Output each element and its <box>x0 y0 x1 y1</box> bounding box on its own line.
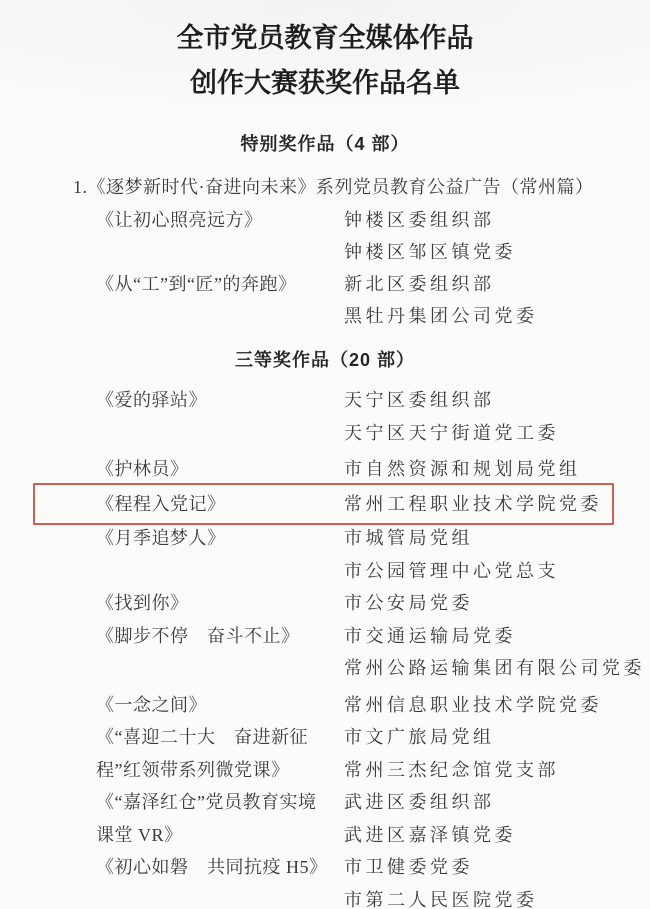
section-heading-third-prize: 三等奖作品（20 部） <box>0 348 650 372</box>
org-name: 常州工程职业技术学院党委 <box>344 488 650 521</box>
work-title-cell: 《找到你》 <box>96 587 344 620</box>
work-title-cell: 《一念之间》 <box>96 689 344 722</box>
org-cell: 市自然资源和规划局党组 <box>344 453 650 486</box>
org-name: 新北区委组织部 <box>344 268 650 300</box>
org-cell: 天宁区委组织部 天宁区天宁街道党工委 <box>344 384 650 449</box>
document-page: 全市党员教育全媒体作品 创作大赛获奖作品名单 特别奖作品（4 部） 1.《逐梦新… <box>0 0 650 909</box>
org-cell: 武进区委组织部 武进区嘉泽镇党委 <box>344 786 650 851</box>
work-title-cell: 《脚步不停 奋斗不止》 <box>96 620 344 685</box>
org-cell: 新北区委组织部 黑牡丹集团公司党委 <box>344 268 650 332</box>
org-cell: 市卫健委党委 市第二人民医院党委 <box>344 851 650 909</box>
award-entry: 《“嘉泽红仓”党员教育实境 课堂 VR》 武进区委组织部 武进区嘉泽镇党委 <box>0 786 650 851</box>
work-title: 《一念之间》 <box>96 689 344 722</box>
org-name: 天宁区天宁街道党工委 <box>344 417 650 450</box>
org-name: 市城管局党组 <box>344 522 650 555</box>
award-entry: 《“喜迎二十大 奋进新征 程”红领带系列微党课》 市文广旅局党组 常州三杰纪念馆… <box>0 721 650 786</box>
award-entry: 《初心如磐 共同抗疫 H5》 市卫健委党委 市第二人民医院党委 <box>0 851 650 909</box>
org-name: 天宁区委组织部 <box>344 384 650 417</box>
work-title-cell: 《程程入党记》 <box>96 488 344 521</box>
work-title: 《“喜迎二十大 奋进新征 <box>96 721 344 754</box>
org-name: 武进区嘉泽镇党委 <box>344 819 650 852</box>
work-title: 《初心如磐 共同抗疫 H5》 <box>96 851 344 884</box>
award-entry: 《让初心照亮远方》 钟楼区委组织部 钟楼区邹区镇党委 <box>0 204 650 268</box>
work-title-cell: 《月季追梦人》 <box>96 522 344 587</box>
work-title: 《找到你》 <box>96 587 344 620</box>
org-name: 武进区委组织部 <box>344 786 650 819</box>
work-title-cell: 《“喜迎二十大 奋进新征 程”红领带系列微党课》 <box>96 721 344 786</box>
work-title-cell: 《从“工”到“匠”的奔跑》 <box>96 268 344 332</box>
work-title: 《程程入党记》 <box>96 488 344 521</box>
document-title-line-2: 创作大赛获奖作品名单 <box>0 61 650 106</box>
org-cell: 市文广旅局党组 常州三杰纪念馆党支部 <box>344 721 650 786</box>
org-name: 黑牡丹集团公司党委 <box>344 300 650 332</box>
third-prize-entries: 《爱的驿站》 天宁区委组织部 天宁区天宁街道党工委 《护林员》 市自然资源和规划… <box>0 384 650 909</box>
org-name: 市第二人民医院党委 <box>344 884 650 909</box>
work-title-cell: 《爱的驿站》 <box>96 384 344 449</box>
org-name: 市卫健委党委 <box>344 851 650 884</box>
org-name: 常州三杰纪念馆党支部 <box>344 754 650 787</box>
section-heading-special-award: 特别奖作品（4 部） <box>0 132 650 156</box>
work-title: 程”红领带系列微党课》 <box>96 754 344 787</box>
special-award-entries: 《让初心照亮远方》 钟楼区委组织部 钟楼区邹区镇党委 《从“工”到“匠”的奔跑》… <box>0 204 650 332</box>
document-title: 全市党员教育全媒体作品 创作大赛获奖作品名单 <box>0 16 650 106</box>
work-title: 《护林员》 <box>96 453 344 486</box>
org-name: 市文广旅局党组 <box>344 721 650 754</box>
award-entry: 《一念之间》 常州信息职业技术学院党委 <box>0 689 650 722</box>
work-title: 《从“工”到“匠”的奔跑》 <box>96 268 344 300</box>
award-entry: 《爱的驿站》 天宁区委组织部 天宁区天宁街道党工委 <box>0 384 650 449</box>
org-name: 市公安局党委 <box>344 587 650 620</box>
org-name: 市公园管理中心党总支 <box>344 555 650 588</box>
document-title-line-1: 全市党员教育全媒体作品 <box>0 16 650 61</box>
work-title: 《月季追梦人》 <box>96 522 344 555</box>
org-name: 钟楼区委组织部 <box>344 204 650 236</box>
org-name: 市交通运输局党委 <box>344 620 650 653</box>
org-cell: 市交通运输局党委 常州公路运输集团有限公司党委 <box>344 620 650 685</box>
award-entry: 《从“工”到“匠”的奔跑》 新北区委组织部 黑牡丹集团公司党委 <box>0 268 650 332</box>
work-title-cell: 《初心如磐 共同抗疫 H5》 <box>96 851 344 909</box>
award-entry: 《护林员》 市自然资源和规划局党组 <box>0 453 650 486</box>
org-cell: 钟楼区委组织部 钟楼区邹区镇党委 <box>344 204 650 268</box>
work-title-cell: 《让初心照亮远方》 <box>96 204 344 268</box>
award-entry: 《找到你》 市公安局党委 <box>0 587 650 620</box>
work-title: 《爱的驿站》 <box>96 384 344 417</box>
award-entry: 《月季追梦人》 市城管局党组 市公园管理中心党总支 <box>0 522 650 587</box>
work-title: 《“嘉泽红仓”党员教育实境 <box>96 786 344 819</box>
org-cell: 市公安局党委 <box>344 587 650 620</box>
work-title: 《让初心照亮远方》 <box>96 204 344 236</box>
numbered-series-item: 1.《逐梦新时代·奋进向未来》系列党员教育公益广告（常州篇） <box>0 172 650 202</box>
org-name: 常州公路运输集团有限公司党委 <box>344 652 650 685</box>
award-entry-highlighted: 《程程入党记》 常州工程职业技术学院党委 <box>0 488 650 521</box>
award-entry: 《脚步不停 奋斗不止》 市交通运输局党委 常州公路运输集团有限公司党委 <box>0 620 650 685</box>
work-title-cell: 《“嘉泽红仓”党员教育实境 课堂 VR》 <box>96 786 344 851</box>
org-cell: 市城管局党组 市公园管理中心党总支 <box>344 522 650 587</box>
org-name: 钟楼区邹区镇党委 <box>344 236 650 268</box>
org-name: 市自然资源和规划局党组 <box>344 453 650 486</box>
org-cell: 常州信息职业技术学院党委 <box>344 689 650 722</box>
work-title: 《脚步不停 奋斗不止》 <box>96 620 344 653</box>
org-cell: 常州工程职业技术学院党委 <box>344 488 650 521</box>
org-name: 常州信息职业技术学院党委 <box>344 689 650 722</box>
work-title-cell: 《护林员》 <box>96 453 344 486</box>
work-title: 课堂 VR》 <box>96 819 344 852</box>
